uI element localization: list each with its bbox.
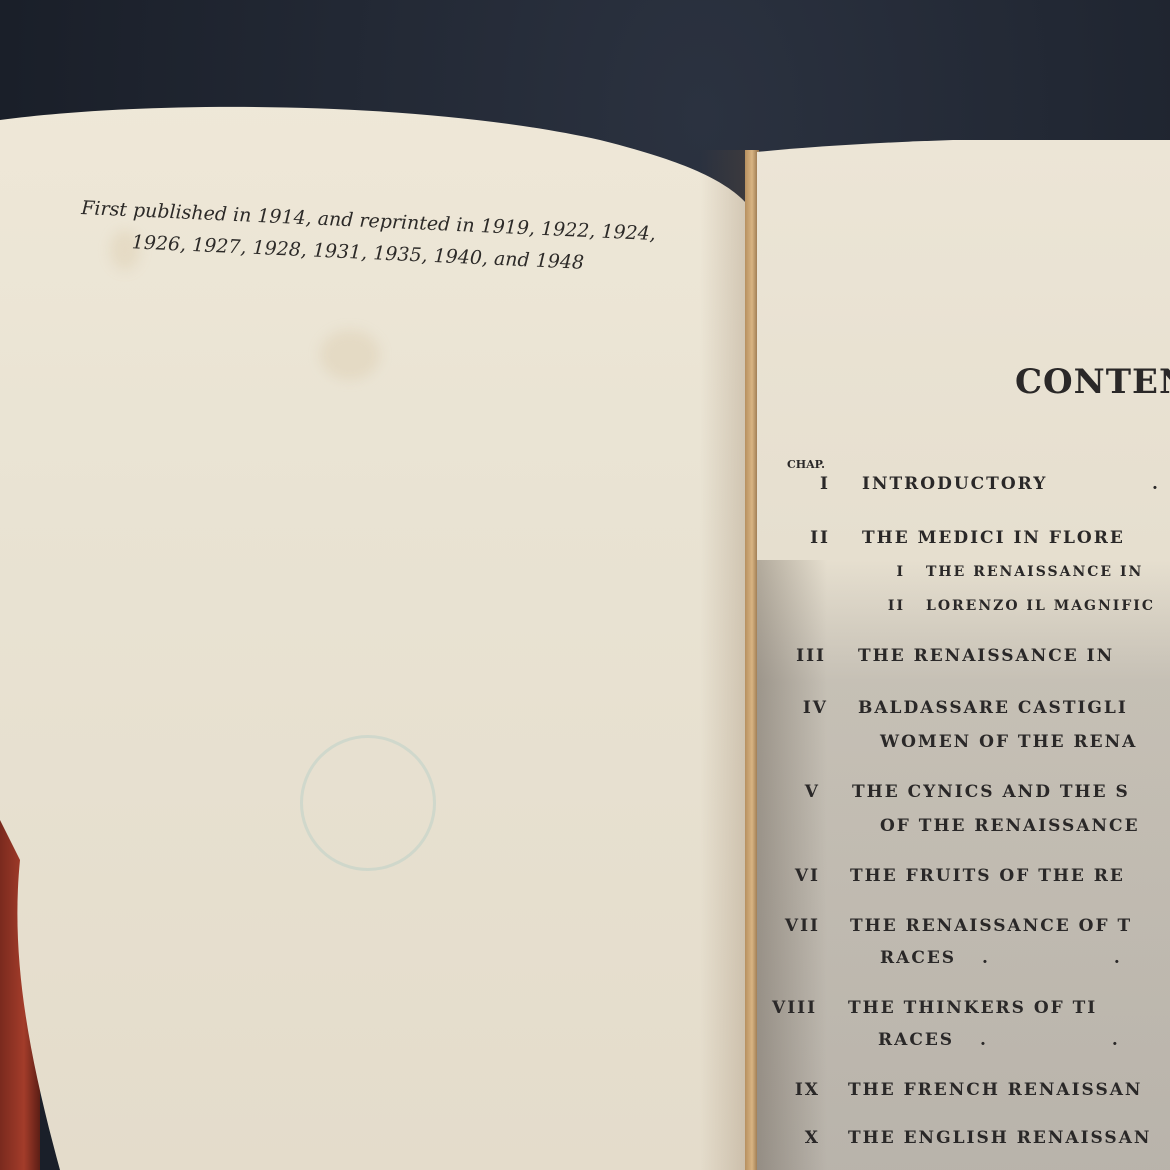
section-title: LORENZO IL MAGNIFIC bbox=[926, 598, 1155, 614]
chapter-number: V bbox=[780, 782, 820, 802]
chapter-title-continued: OF THE RENAISSANCE bbox=[880, 816, 1140, 836]
chapter-title-continued: WOMEN OF THE RENA bbox=[880, 732, 1137, 752]
section-number: I bbox=[865, 564, 905, 580]
chapter-title: BALDASSARE CASTIGLI bbox=[858, 698, 1128, 718]
chapter-number: II bbox=[790, 528, 830, 548]
chapter-title: INTRODUCTORY bbox=[862, 474, 1047, 494]
leader-dots: . . . bbox=[982, 948, 1170, 968]
chapter-number: VI bbox=[780, 866, 820, 886]
chapter-number: IX bbox=[780, 1080, 820, 1100]
paper-stain bbox=[320, 330, 380, 380]
leader-dots: . . . bbox=[980, 1030, 1170, 1050]
chapter-title-continued: RACES bbox=[880, 948, 956, 968]
chapter-number: VIII bbox=[772, 998, 812, 1018]
chapter-title: THE MEDICI IN FLORE bbox=[862, 528, 1125, 548]
faded-stamp bbox=[300, 735, 436, 871]
chapter-title: THE RENAISSANCE IN bbox=[858, 646, 1114, 666]
chapter-title: THE CYNICS AND THE S bbox=[852, 782, 1130, 802]
leader-dot: . bbox=[1152, 474, 1160, 494]
chapter-title: THE RENAISSANCE OF T bbox=[850, 916, 1132, 936]
chapter-title: THE THINKERS OF TI bbox=[848, 998, 1097, 1018]
chapter-number: IV bbox=[788, 698, 828, 718]
chapter-title: THE FRENCH RENAISSAN bbox=[848, 1080, 1142, 1100]
section-number: II bbox=[865, 598, 905, 614]
chapter-number: I bbox=[790, 474, 830, 494]
chapter-title-continued: RACES bbox=[878, 1030, 954, 1050]
chapter-title: THE FRUITS OF THE RE bbox=[850, 866, 1125, 886]
section-title: THE RENAISSANCE IN bbox=[926, 564, 1143, 580]
chapter-number: X bbox=[780, 1128, 820, 1148]
contents-heading: CONTEN bbox=[1015, 362, 1170, 402]
chapter-title: THE ENGLISH RENAISSAN bbox=[848, 1128, 1151, 1148]
chapter-number: III bbox=[786, 646, 826, 666]
chap-label: CHAP. bbox=[787, 458, 825, 471]
chapter-number: VII bbox=[780, 916, 820, 936]
